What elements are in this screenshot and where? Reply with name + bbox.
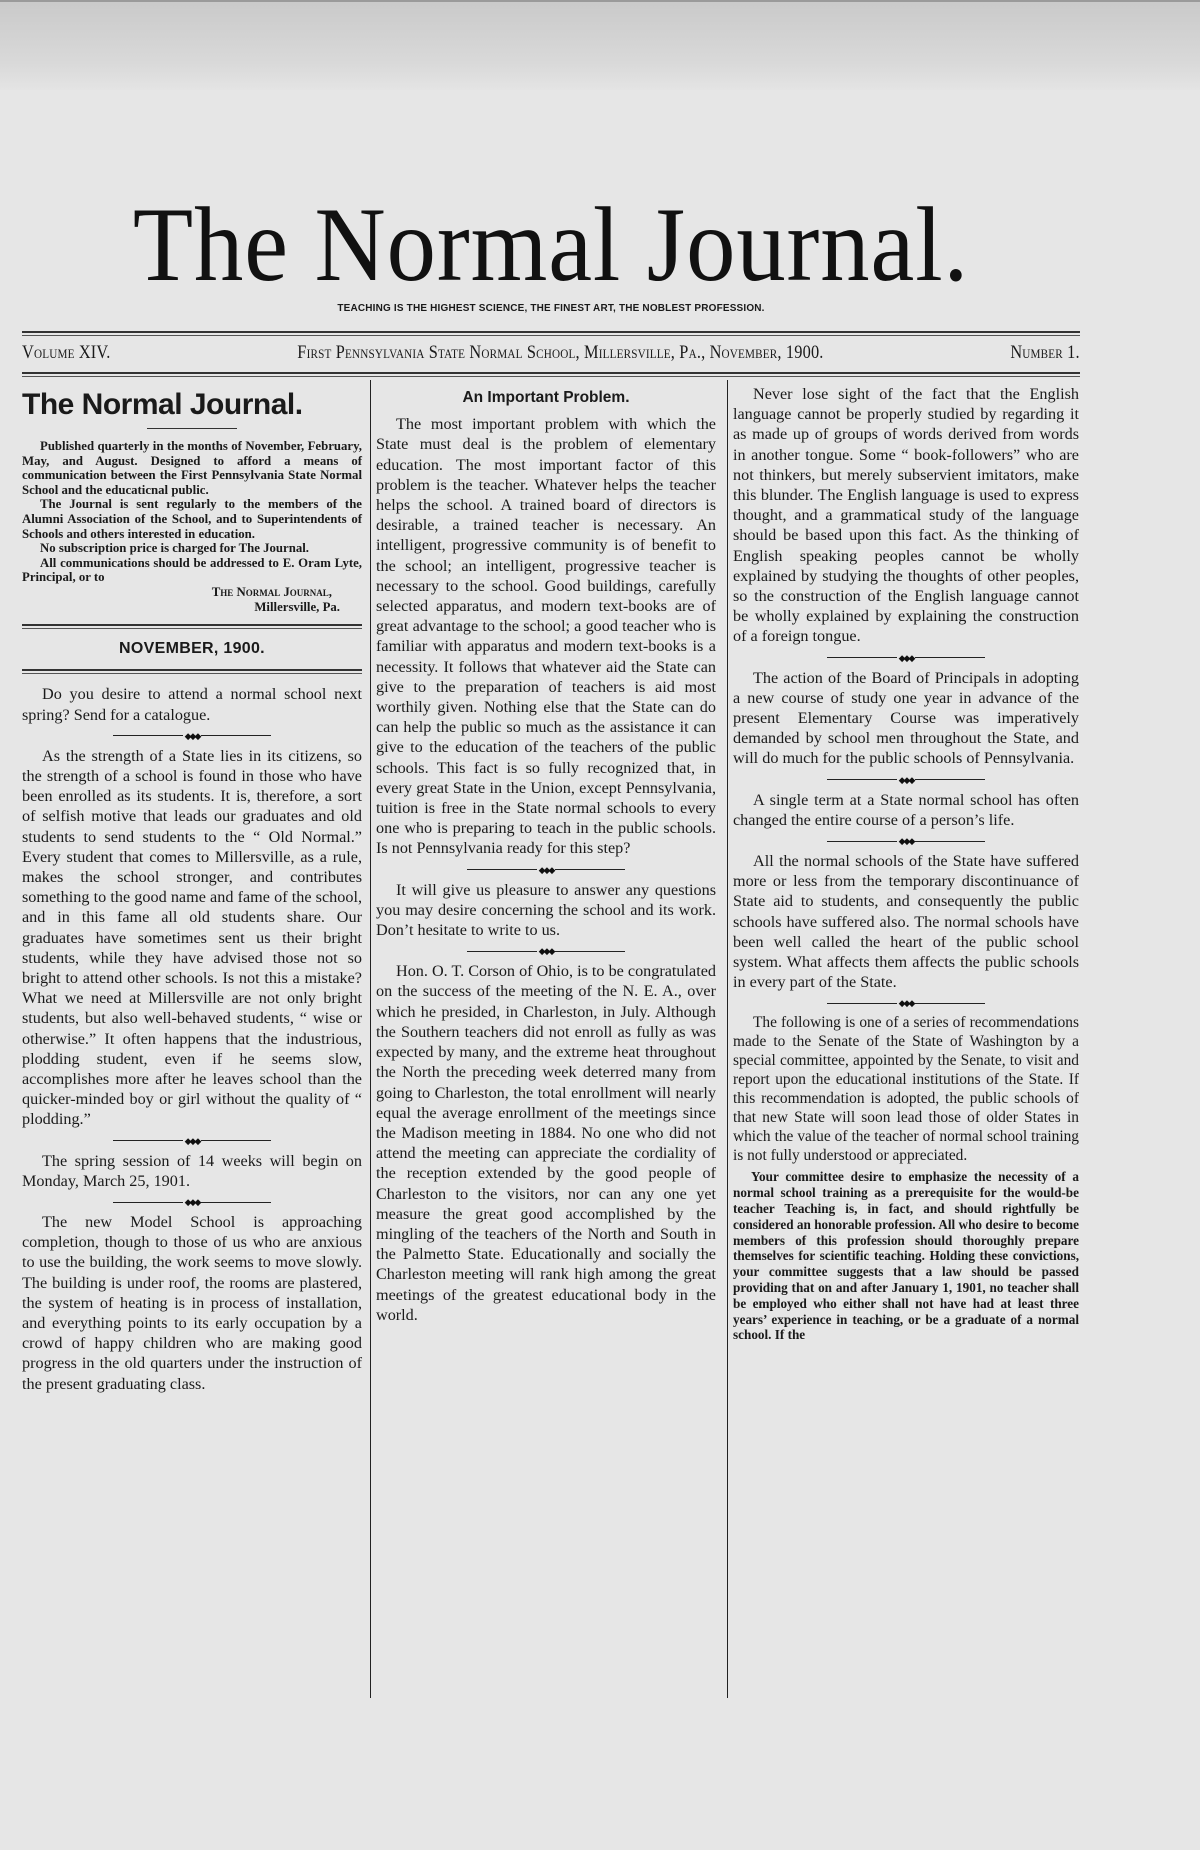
ornament-divider: ◆◆◆ xyxy=(376,947,716,955)
article-paragraph: All the normal schools of the State have… xyxy=(733,851,1079,992)
article-paragraph: The spring session of 14 weeks will begi… xyxy=(22,1151,362,1191)
article-paragraph: As the strength of a State lies in its c… xyxy=(22,746,362,1130)
middle-column: An Important Problem. The most important… xyxy=(376,384,716,1325)
ornament-divider: ◆◆◆ xyxy=(22,732,362,740)
masthead-title: The Normal Journal. xyxy=(59,192,1043,298)
article-paragraph: The following is one of a series of reco… xyxy=(733,1013,1079,1165)
volume-number: Volume XIV. xyxy=(22,342,111,364)
article-paragraph: It will give us pleasure to answer any q… xyxy=(376,880,716,941)
publication-info-paragraph: All communications should be addressed t… xyxy=(22,556,362,585)
ornament-icon: ◆◆◆ xyxy=(899,837,914,845)
masthead-motto: TEACHING IS THE HIGHEST SCIENCE, THE FIN… xyxy=(48,302,1053,314)
ornament-icon: ◆◆◆ xyxy=(185,1198,200,1206)
ornament-divider: ◆◆◆ xyxy=(733,999,1079,1007)
ornament-divider: ◆◆◆ xyxy=(733,837,1079,845)
quote-paragraph: Your committee desire to emphasize the n… xyxy=(733,1169,1079,1343)
issue-number: Number 1. xyxy=(1010,342,1079,364)
publication-info: Published quarterly in the months of Nov… xyxy=(22,439,362,614)
ornament-icon: ◆◆◆ xyxy=(899,654,914,662)
article-heading: An Important Problem. xyxy=(376,388,716,408)
ornament-divider: ◆◆◆ xyxy=(22,1137,362,1145)
committee-quote: Your committee desire to emphasize the n… xyxy=(733,1169,1079,1343)
volume-line: Volume XIV. First Pennsylvania State Nor… xyxy=(22,342,1080,364)
address-line-1: The Normal Journal, xyxy=(22,585,362,600)
masthead-rule-bottom xyxy=(22,372,1080,377)
article-paragraph: A single term at a State normal school h… xyxy=(733,790,1079,830)
column-divider-2 xyxy=(727,380,728,1698)
publication-info-paragraph: The Journal is sent regularly to the mem… xyxy=(22,497,362,541)
scan-background-top xyxy=(0,0,1200,90)
article-paragraph: Do you desire to attend a normal school … xyxy=(22,684,362,724)
double-rule xyxy=(22,669,362,674)
ornament-icon: ◆◆◆ xyxy=(899,776,914,784)
article-paragraph: Hon. O. T. Corson of Ohio, is to be cong… xyxy=(376,961,716,1325)
ornament-divider: ◆◆◆ xyxy=(733,654,1079,662)
right-column: Never lose sight of the fact that the En… xyxy=(733,384,1079,1343)
ornament-icon: ◆◆◆ xyxy=(185,732,200,740)
article-paragraph: The most important problem with which th… xyxy=(376,414,716,858)
institution-dateline: First Pennsylvania State Normal School, … xyxy=(297,342,823,364)
article-paragraph: The action of the Board of Principals in… xyxy=(733,668,1079,769)
address-line-2: Millersville, Pa. xyxy=(22,600,362,615)
ornament-icon: ◆◆◆ xyxy=(539,866,554,874)
article-paragraph: Never lose sight of the fact that the En… xyxy=(733,384,1079,647)
scan-edge xyxy=(0,0,1200,2)
publication-info-paragraph: Published quarterly in the months of Nov… xyxy=(22,439,362,497)
ornament-icon: ◆◆◆ xyxy=(185,1137,200,1145)
journal-box-title: The Normal Journal. xyxy=(22,388,362,422)
publication-info-paragraph: No subscription price is charged for The… xyxy=(22,541,362,556)
double-rule xyxy=(22,624,362,629)
ornament-divider: ◆◆◆ xyxy=(22,1198,362,1206)
short-rule xyxy=(147,428,237,429)
masthead-rule-top xyxy=(22,331,1080,336)
ornament-icon: ◆◆◆ xyxy=(539,947,554,955)
column-divider-1 xyxy=(370,380,371,1698)
article-paragraph: The new Model School is approaching comp… xyxy=(22,1212,362,1394)
ornament-divider: ◆◆◆ xyxy=(733,776,1079,784)
ornament-icon: ◆◆◆ xyxy=(899,999,914,1007)
date-heading: NOVEMBER, 1900. xyxy=(22,639,362,659)
left-column: The Normal Journal. Published quarterly … xyxy=(22,384,362,1394)
ornament-divider: ◆◆◆ xyxy=(376,866,716,874)
